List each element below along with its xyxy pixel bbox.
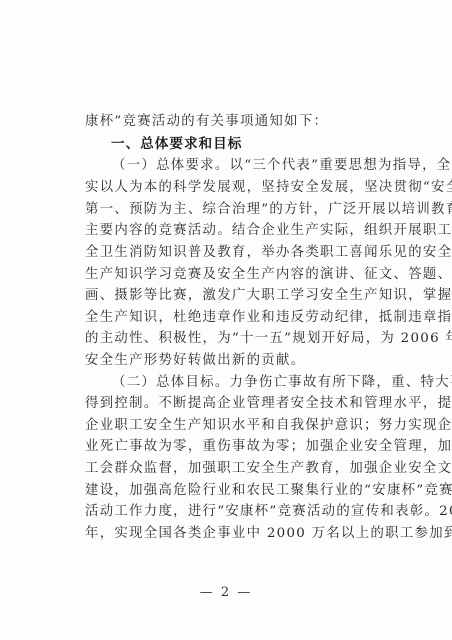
paragraph-2-line-6: 建设，加强高危险行业和农民工聚集行业的“安康杯”竞赛 [85, 481, 385, 501]
paragraph-1-line-5: 全卫生消防知识普及教育，举办各类职工喜闻乐见的安全 [85, 243, 385, 263]
paragraph-2-line-3: 企业职工安全生产知识水平和自我保护意识；努力实现企 [85, 416, 385, 436]
paragraph-2-line-8: 年，实现全国各类企事业中 2000 万名以上的职工参加到各 [85, 524, 385, 544]
paragraph-1-line-8: 全生产知识，杜绝违章作业和违反劳动纪律，抵制违章指挥 [85, 308, 385, 328]
paragraph-1-line-6: 生产知识学习竞赛及安全生产内容的演讲、征文、答题、书 [85, 265, 385, 285]
paragraph-1-line-7: 画、摄影等比赛，激发广大职工学习安全生产知识，掌握安 [85, 286, 385, 306]
paragraph-2-line-1: （二）总体目标。力争伤亡事故有所下降，重、特大事故 [112, 373, 385, 393]
paragraph-1-line-10: 安全生产形势好转做出新的贡献。 [85, 351, 385, 371]
paragraph-2-line-5: 工会群众监督，加强职工安全生产教育，加强企业安全文化 [85, 459, 385, 479]
paragraph-2-line-7: 活动工作力度，进行“安康杯”竞赛活动的宣传和表彰。2006 [85, 502, 385, 522]
section-heading-1: 一、总体要求和目标 [111, 134, 411, 154]
document-page: 康杯”竞赛活动的有关事项通知如下： 一、总体要求和目标 （一）总体要求。以“三个… [0, 0, 452, 640]
paragraph-2-line-2: 得到控制。不断提高企业管理者安全技术和管理水平，提高 [85, 394, 385, 414]
paragraph-1-line-3: 第一、预防为主、综合治理”的方针，广泛开展以培训教育为 [85, 200, 385, 220]
paragraph-1-line-4: 主要内容的竞赛活动。结合企业生产实际，组织开展职工安 [85, 221, 385, 241]
page-number: — 2 — [0, 585, 452, 600]
text-line-continuation: 康杯”竞赛活动的有关事项通知如下： [85, 112, 385, 132]
paragraph-2-line-4: 业死亡事故为零，重伤事故为零；加强企业安全管理，加强 [85, 437, 385, 457]
paragraph-1-line-1: （一）总体要求。以“三个代表”重要思想为指导，全面落 [112, 156, 385, 176]
paragraph-1-line-9: 的主动性、积极性，为“十一五”规划开好局，为 2006 年全国 [85, 329, 385, 349]
paragraph-1-line-2: 实以人为本的科学发展观，坚持安全发展，坚决贯彻“安全 [85, 178, 385, 198]
